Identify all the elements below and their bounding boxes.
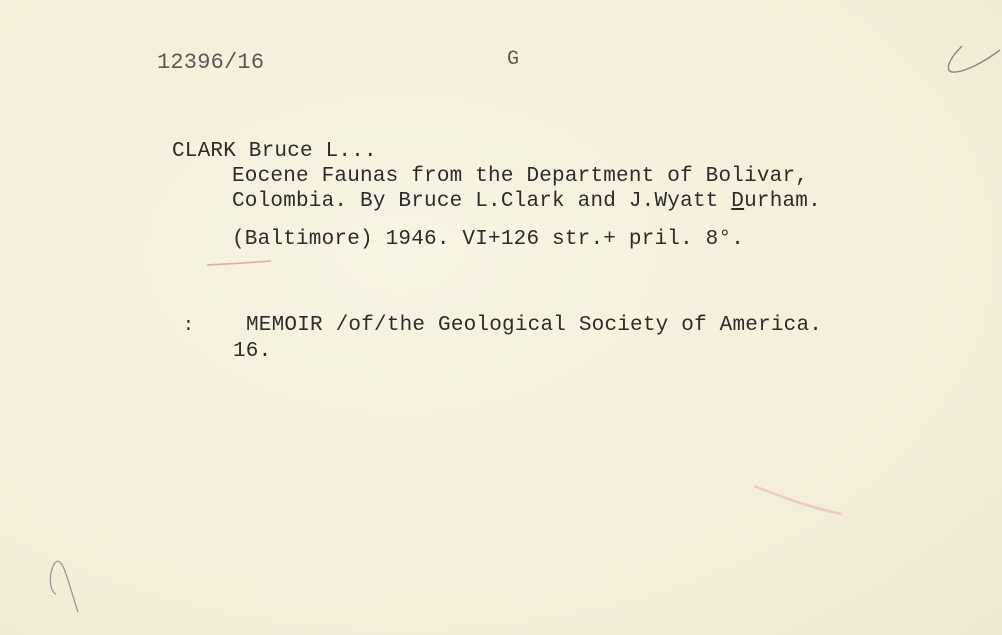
series-line-2: 16. xyxy=(233,340,271,363)
pencil-mark-icon xyxy=(44,556,84,616)
title-line-1: Eocene Faunas from the Department of Bol… xyxy=(232,165,808,188)
call-number: 12396/16 xyxy=(157,50,264,75)
collection-letter: G xyxy=(507,48,519,71)
series-line-1: MEMOIR /of/the Geological Society of Ame… xyxy=(246,314,822,337)
red-pencil-smudge xyxy=(750,480,850,520)
title-line-2-end: urham. xyxy=(744,190,821,213)
red-pencil-stroke xyxy=(205,258,275,268)
series-marker: : xyxy=(183,316,194,336)
author-heading: CLARK Bruce L... xyxy=(172,140,377,163)
imprint-line: (Baltimore) 1946. VI+126 str.+ pril. 8°. xyxy=(232,228,744,251)
title-underlined-letter: D xyxy=(731,190,744,213)
title-line-2-text: Colombia. By Bruce L.Clark and J.Wyatt xyxy=(232,190,731,213)
checkmark-icon xyxy=(940,40,1002,80)
catalog-card: 12396/16 G CLARK Bruce L... Eocene Fauna… xyxy=(0,0,1002,635)
title-line-2: Colombia. By Bruce L.Clark and J.Wyatt D… xyxy=(232,190,821,213)
